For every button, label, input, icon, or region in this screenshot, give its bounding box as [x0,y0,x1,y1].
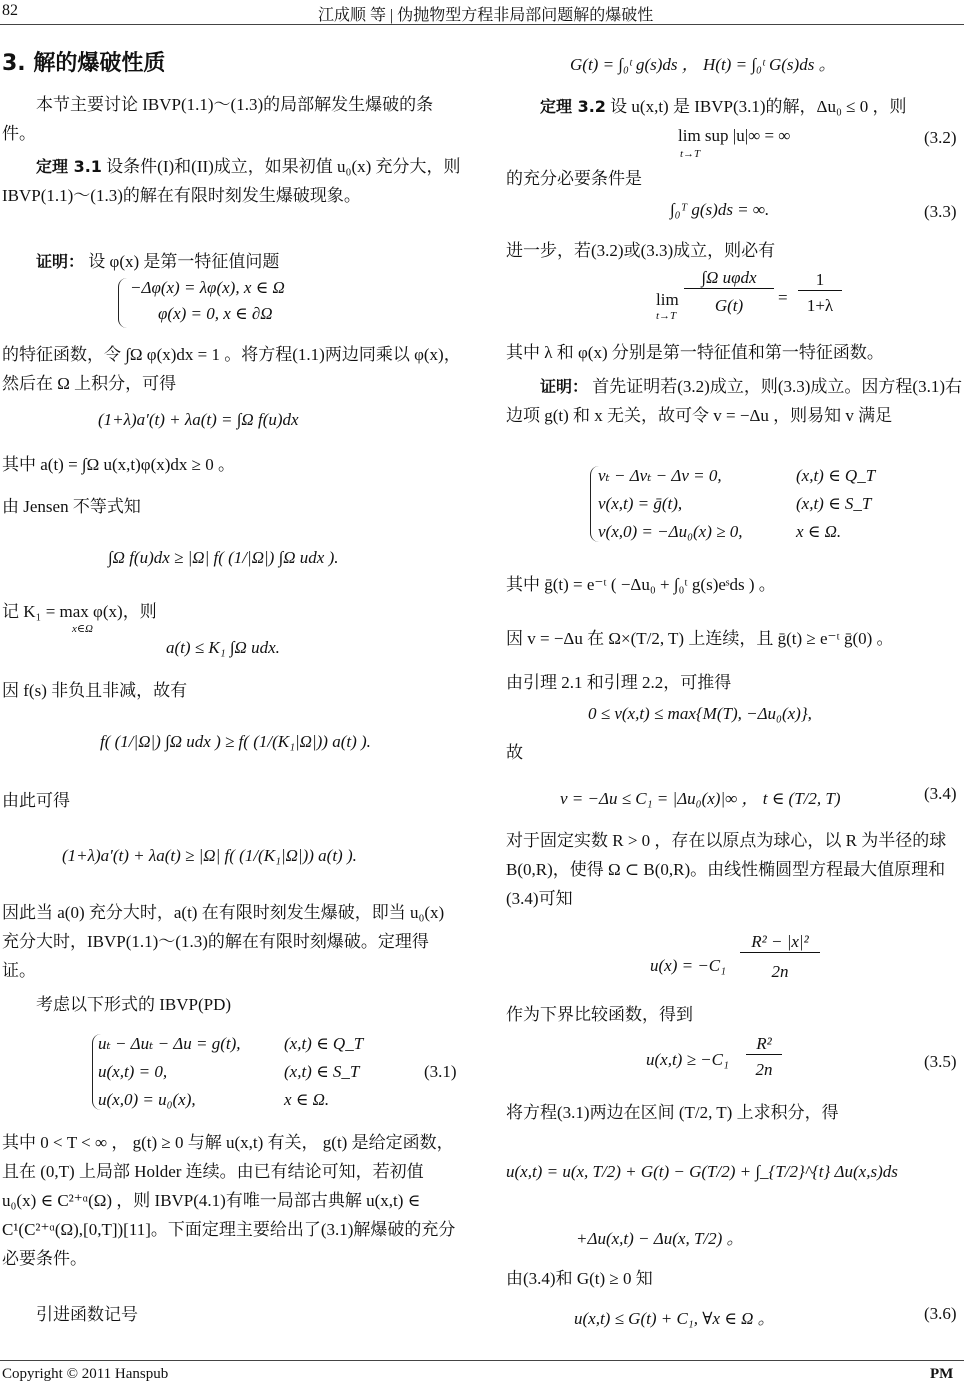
paragraph-conclusion: 因此当 a(0) 充分大时，a(t) 在有限时刻发生爆破，即当 u₀(x) 充分… [2,898,462,985]
paragraph-ball: 对于固定实数 R > 0 ，存在以原点为球心，以 R 为半径的球 B(0,R)，… [506,826,962,913]
theorem-3-2: 定理 3.2 设 u(x,t) 是 IBVP(3.1)的解，Δu₀ ≤ 0 ，则 [506,92,962,121]
lim-prefix: lim [656,290,679,310]
lower-denominator: 2n [740,962,820,982]
lim-subscript-2: t→T [656,310,676,322]
paragraph-lower-bound: 作为下界比较函数，得到 [506,1000,962,1029]
paragraph-continuity: 因 v = −Δu 在 Ω×(T/2, T) 上连续，且 ḡ(t) ≥ e⁻ᵗ … [506,624,962,653]
proof-3-2: 证明： 首先证明若(3.2)成立，则(3.3)成立。因方程(3.1)右边项 g(… [506,372,962,430]
limit-numerator: ∫Ω uφdx [684,268,774,289]
equation-number-3-1: (3.1) [424,1062,457,1082]
lim-subscript: t→T [680,148,700,160]
system-3-1-domain-3: x ∈ Ω. [284,1090,329,1110]
system-v-row-3: v(x,0) = −Δu₀(x) ≥ 0, [598,522,742,542]
equation-max: 0 ≤ v(x,t) ≤ max{M(T), −Δu₀(x)}, [588,704,812,724]
paragraph-eigenfunction: 的特征函数，令 ∫Ω φ(x)dx = 1 。将方程(1.1)两边同乘以 φ(x… [2,340,462,398]
system-v-domain-1: (x,t) ∈ Q_T [796,466,875,486]
theorem-3-1: 定理 3.1 设条件(I)和(II)成立，如果初值 u₀(x) 充分大，则 IB… [2,152,462,210]
equation-number-3-4: (3.4) [924,784,957,804]
equals-sign: = [778,288,788,308]
system-v-row-1: vₜ − Δvₜ − Δv = 0, [598,466,722,486]
eq35-denominator: 2n [746,1060,782,1080]
equation-lower-lhs: u(x) = −C₁ [650,956,726,976]
paragraph-lemmas: 由引理 2.1 和引理 2.2，可推得 [506,668,962,697]
system-3-1-domain-1: (x,t) ∈ Q_T [284,1034,363,1054]
eigen-equation-2: φ(x) = 0, x ∈ ∂Ω [158,304,273,324]
proof-label: 证明： [540,377,588,396]
eigen-equation-1: −Δφ(x) = λφ(x), x ∈ Ω [130,278,285,298]
proof-label: 证明： [36,252,84,271]
header-rule [0,24,964,25]
page-number: 82 [2,2,18,20]
intro-paragraph: 本节主要讨论 IBVP(1.1)～(1.3)的局部解发生爆破的条件。 [2,90,462,148]
footer-rule [0,1360,964,1361]
system-3-1-domain-2: (x,t) ∈ S_T [284,1062,359,1082]
equation-number-3-3: (3.3) [924,202,957,222]
copyright: Copyright © 2011 Hanspub [2,1366,168,1383]
proof-intro: 证明： 设 φ(x) 是第一特征值问题 [2,247,462,276]
equation-f: f( (1/|Ω|) ∫Ω udx ) ≥ f( (1/(K₁|Ω|)) a(t… [100,732,371,752]
paragraph-jensen: 由 Jensen 不等式知 [2,492,462,521]
paragraph-integrate: 将方程(3.1)两边在区间 (T/2, T) 上求积分，得 [506,1098,962,1127]
paragraph-therefore: 故 [506,738,962,767]
system-v-domain-2: (x,t) ∈ S_T [796,494,871,514]
equation-a: (1+λ)a′(t) + λa(t) = ∫Ω f(u)dx [98,410,299,430]
limit-rhs-denominator: 1+λ [798,296,842,316]
paragraph-consider: 考虑以下形式的 IBVP(PD) [2,990,462,1019]
paragraph-conditions: 其中 0 < T < ∞ ， g(t) ≥ 0 与解 u(x,t) 有关， g(… [2,1128,462,1273]
journal-abbrev: PM [930,1366,953,1383]
equation-integral-2: +Δu(x,t) − Δu(x, T/2) 。 [576,1224,744,1249]
equation-3-6: u(x,t) ≤ G(t) + C₁, ∀x ∈ Ω 。 [574,1304,775,1329]
system-3-1-row-3: u(x,0) = u₀(x), [98,1090,196,1110]
theorem-text: 设 u(x,t) 是 IBVP(3.1)的解，Δu₀ ≤ 0 ，则 [610,97,906,116]
equation-k: a(t) ≤ K₁ ∫Ω udx. [166,638,280,658]
paragraph-from-3-4: 由(3.4)和 G(t) ≥ 0 知 [506,1264,962,1293]
paragraph-gbar: 其中 ḡ(t) = e⁻ᵗ ( −Δu₀ + ∫₀ᵗ g(s)eˢds ) 。 [506,570,962,599]
paragraph-a-def: 其中 a(t) = ∫Ω u(x,t)φ(x)dx ≥ 0 。 [2,450,462,479]
system-v-domain-3: x ∈ Ω. [796,522,841,542]
system-brace [118,278,127,328]
limit-denominator: G(t) [684,296,774,316]
limit-rhs-numerator: 1 [798,270,842,291]
equation-number-3-6: (3.6) [924,1304,957,1324]
equation-jensen: ∫Ω f(u)dx ≥ |Ω| f( (1/|Ω|) ∫Ω udx ). [108,548,339,568]
lower-numerator: R² − |x|² [740,932,820,953]
paragraph-notation: 引进函数记号 [2,1300,462,1329]
equation-integral-1: u(x,t) = u(x, T/2) + G(t) − G(T/2) + ∫_{… [506,1162,898,1182]
max-subscript: x∈Ω [72,622,93,635]
equation-number-3-2: (3.2) [924,128,957,148]
system-v-row-2: v(x,t) = ḡ(t), [598,494,682,514]
theorem-label: 定理 3.1 [36,157,102,176]
equation-3-2: lim sup |u|∞ = ∞ [678,126,790,146]
paragraph-hence: 由此可得 [2,786,462,815]
k1-text: 记 K₁ = max φ(x)，则 [2,602,157,621]
section-title: 3. 解的爆破性质 [2,46,165,77]
equation-ode: (1+λ)a′(t) + λa(t) ≥ |Ω| f( (1/(K₁|Ω|)) … [62,846,357,866]
paragraph-k1: 记 K₁ = max φ(x)，则 [2,597,462,626]
paragraph-eigen-meaning: 其中 λ 和 φ(x) 分别是第一特征值和第一特征函数。 [506,338,962,367]
equation-number-3-5: (3.5) [924,1052,957,1072]
proof-text: 设 φ(x) 是第一特征值问题 [88,252,279,271]
paragraph-f-nondecreasing: 因 f(s) 非负且非减，故有 [2,676,462,705]
theorem-label: 定理 3.2 [540,97,606,116]
running-title: 江成顺 等 | 伪抛物型方程非局部问题解的爆破性 [318,2,653,25]
system-3-1-row-2: u(x,t) = 0, [98,1062,167,1082]
equation-G-H: G(t) = ∫₀ᵗ g(s)ds ， H(t) = ∫₀ᵗ G(s)ds 。 [570,50,836,75]
system-3-1-row-1: uₜ − Δuₜ − Δu = g(t), [98,1034,241,1054]
equation-3-4: v = −Δu ≤ C₁ = |Δu₀(x)|∞ ， t ∈ (T/2, T) [560,784,841,809]
paragraph-further: 进一步，若(3.2)或(3.3)成立，则必有 [506,236,962,265]
equation-3-5-lhs: u(x,t) ≥ −C₁ [646,1050,729,1070]
equation-3-3: ∫₀ᵀ g(s)ds = ∞. [670,200,769,220]
paragraph-necessary: 的充分必要条件是 [506,164,962,193]
eq35-numerator: R² [746,1034,782,1055]
